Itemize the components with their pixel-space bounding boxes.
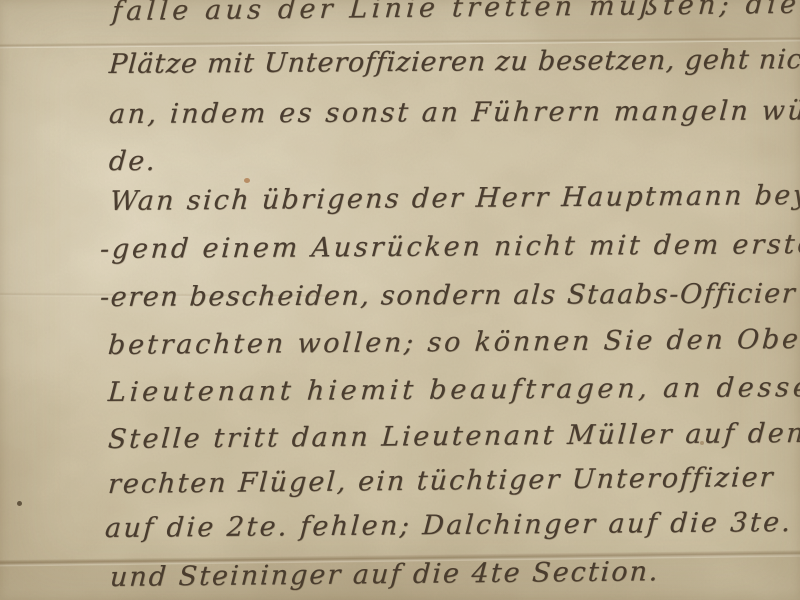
handwriting-line: Wan sich übrigens der Herr Hauptmann bey…: [109, 179, 800, 217]
manuscript-scan: falle aus der Linie tretten müßten; die …: [0, 0, 800, 600]
handwriting-line: rechten Flügel, ein tüchtiger Unteroffiz…: [107, 462, 775, 500]
handwriting-line: falle aus der Linie tretten müßten; die: [111, 0, 800, 27]
handwriting-line: betrachten wollen; so können Sie den Obe…: [107, 324, 800, 361]
rust-stain: [244, 178, 250, 183]
handwriting-line: Plätze mit Unteroffizieren zu besetzen, …: [108, 44, 800, 80]
handwriting-line: an, indem es sonst an Führern mangeln wü…: [108, 95, 800, 130]
handwriting-line: Lieutenant hiemit beauftragen, an dessen: [107, 372, 800, 408]
handwriting-line: de.: [108, 146, 158, 177]
handwriting-line: Stelle tritt dann Lieutenant Müller auf …: [107, 418, 800, 455]
handwriting-line: -eren bescheiden, sondern als Staabs-Off…: [99, 278, 797, 313]
handwriting-line: -gend einem Ausrücken nicht mit dem erst…: [99, 229, 800, 265]
handwriting-line: auf die 2te. fehlen; Dalchinger auf die …: [104, 507, 793, 544]
handwriting-line: und Steininger auf die 4te Section.: [109, 556, 660, 593]
ink-speck: [17, 501, 22, 506]
